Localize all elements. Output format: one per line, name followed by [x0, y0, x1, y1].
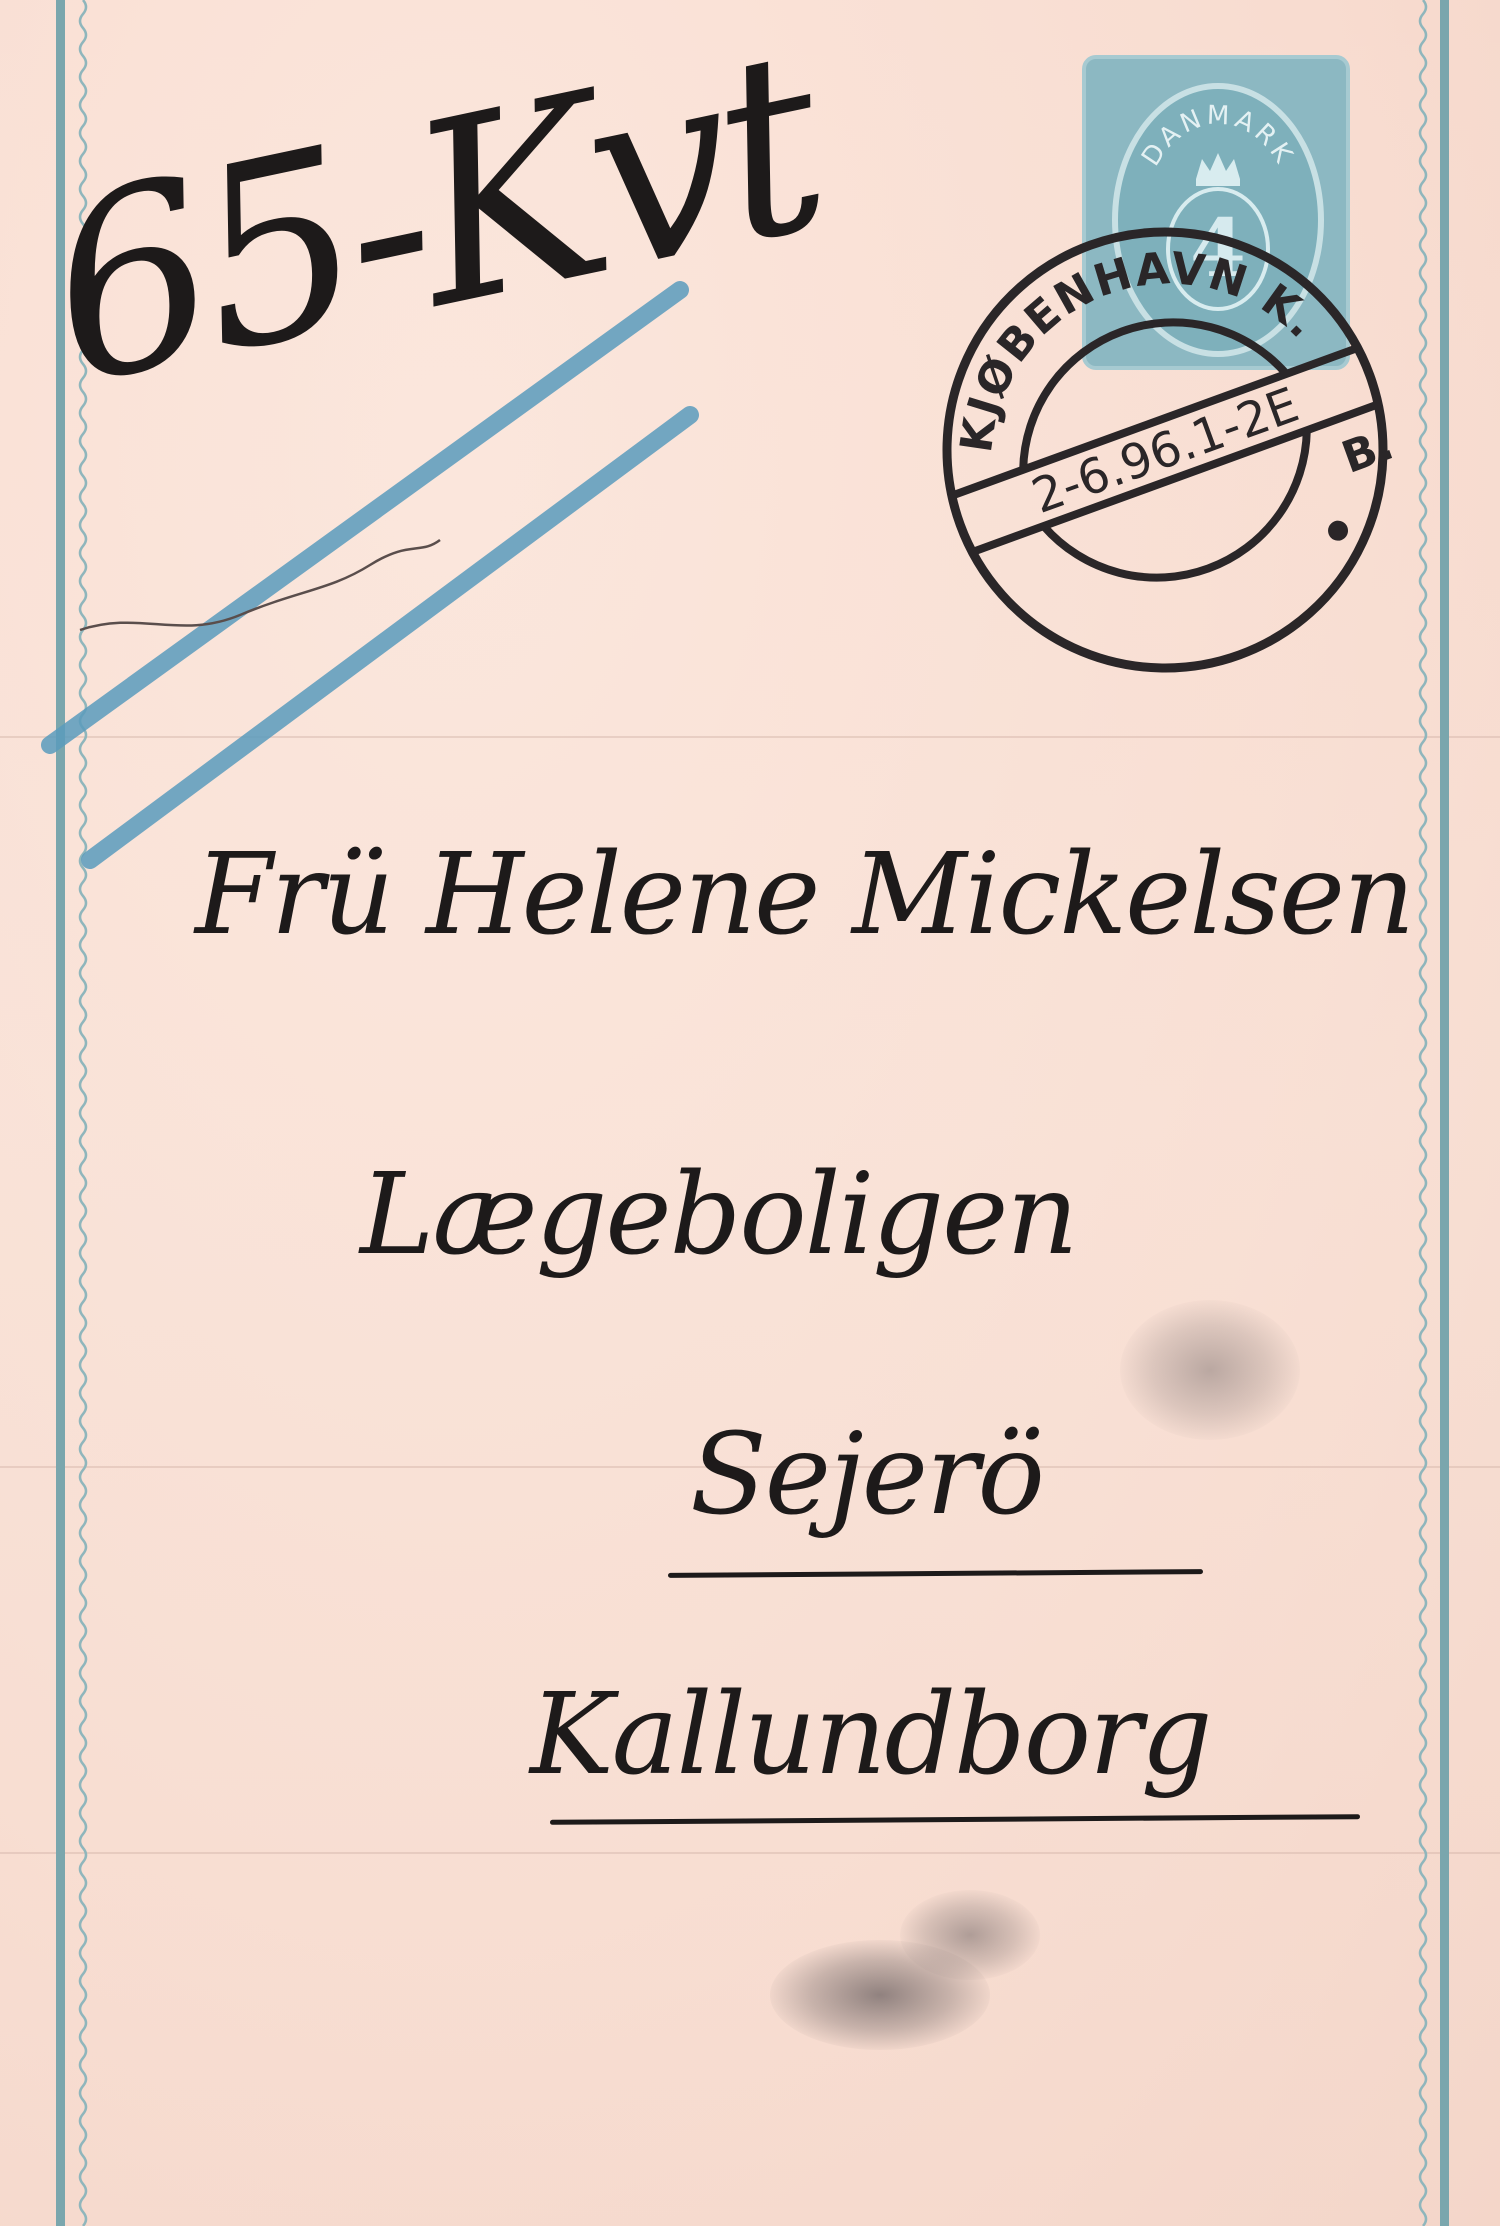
address-line-2: Lægeboligen	[360, 1150, 1077, 1280]
crown-icon	[1196, 153, 1240, 186]
letter-card: DANMARK 4 KJØBENHAVN K. 2-6.96.1-2E	[0, 0, 1500, 2226]
ink-smudge	[1120, 1300, 1300, 1440]
right-border-line	[1440, 0, 1449, 2226]
right-wavy-border	[1416, 0, 1430, 2226]
svg-text:B.: B.	[1335, 419, 1400, 484]
address-line-4: Kallundborg	[530, 1670, 1210, 1800]
postmark-cancel: KJØBENHAVN K. 2-6.96.1-2E B.	[930, 215, 1400, 685]
address-recipient: Frü Helene Mickelsen	[195, 830, 1413, 960]
fold-line	[0, 736, 1500, 738]
address-line-3: Sejerö	[690, 1410, 1043, 1540]
fold-line	[0, 1852, 1500, 1854]
ink-smudge	[900, 1890, 1040, 1980]
